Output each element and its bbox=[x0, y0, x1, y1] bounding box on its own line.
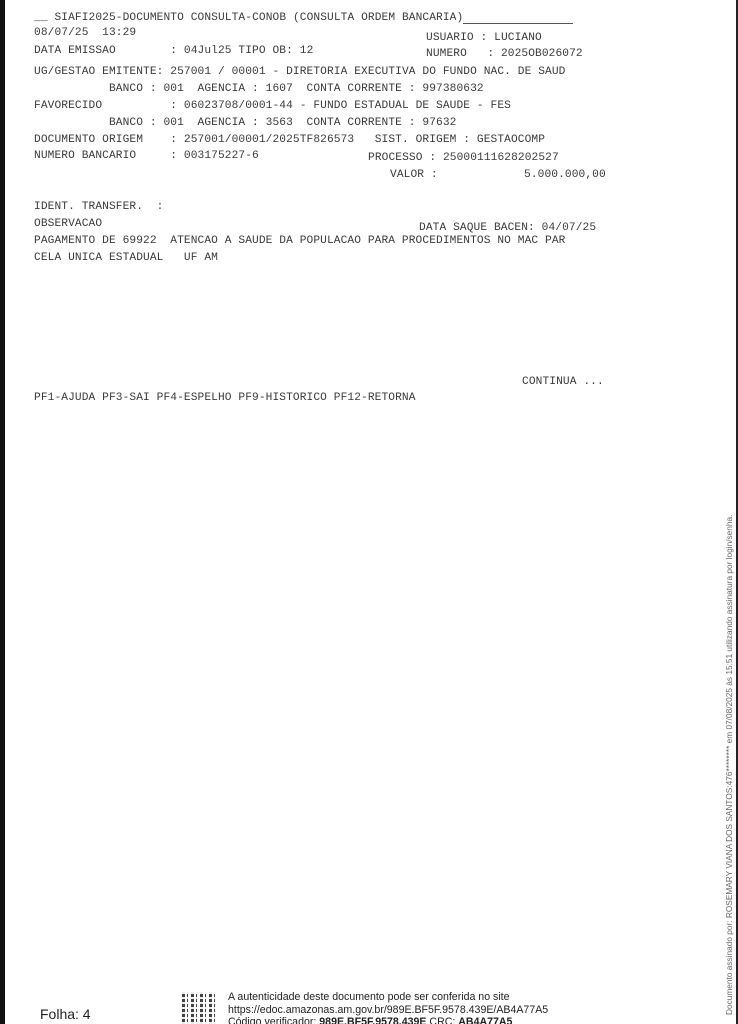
numero: NUMERO : 2025OB026072 bbox=[426, 48, 583, 60]
data-emissao: DATA EMISSAO : 04Jul25 TIPO OB: 12 bbox=[34, 45, 313, 57]
numero-bancario: NUMERO BANCARIO : 003175227-6 bbox=[34, 150, 259, 162]
ug-gestao-emitente: UG/GESTAO EMITENTE: 257001 / 00001 - DIR… bbox=[34, 66, 565, 78]
ident-transfer: IDENT. TRANSFER. : bbox=[34, 201, 163, 213]
banco-emitente: BANCO : 001 AGENCIA : 1607 CONTA CORRENT… bbox=[34, 83, 484, 95]
documento-origem: DOCUMENTO ORIGEM : 257001/00001/2025TF82… bbox=[34, 134, 545, 146]
codigo-verificador: Código verificador: 989E.BF5F.9578.439E … bbox=[228, 1016, 548, 1024]
data-saque-bacen: DATA SAQUE BACEN: 04/07/25 bbox=[419, 222, 596, 234]
usuario: USUARIO : LUCIANO bbox=[426, 32, 542, 44]
date-time: 08/07/25 13:29 bbox=[34, 27, 136, 39]
banco-favorecido: BANCO : 001 AGENCIA : 3563 CONTA CORRENT… bbox=[34, 117, 456, 129]
valor: 5.000.000,00 bbox=[524, 169, 606, 181]
document-page: __ SIAFI2025-DOCUMENTO CONSULTA-CONOB (C… bbox=[5, 0, 736, 1024]
observacao-line-1: PAGAMENTO DE 69922 ATENCAO A SAUDE DA PO… bbox=[34, 235, 565, 247]
processo: PROCESSO : 25000111628202527 bbox=[368, 152, 559, 164]
qr-code-icon bbox=[182, 992, 218, 1024]
function-keys: PF1-AJUDA PF3-SAI PF4-ESPELHO PF9-HISTOR… bbox=[34, 392, 416, 404]
folha-number: Folha: 4 bbox=[40, 1006, 91, 1022]
continua: CONTINUA ... bbox=[522, 376, 604, 388]
digital-signature-note: Documento assinado por: ROSEMARY VIANA D… bbox=[724, 515, 734, 1015]
observacao-label: OBSERVACAO bbox=[34, 218, 102, 230]
document-title: __ SIAFI2025-DOCUMENTO CONSULTA-CONOB (C… bbox=[34, 11, 573, 24]
auth-line: A autenticidade deste documento pode ser… bbox=[228, 991, 548, 1004]
observacao-line-2: CELA UNICA ESTADUAL UF AM bbox=[34, 252, 218, 264]
favorecido: FAVORECIDO : 06023708/0001-44 - FUNDO ES… bbox=[34, 100, 511, 112]
authenticity-notice: A autenticidade deste documento pode ser… bbox=[228, 991, 548, 1024]
valor-label: VALOR : bbox=[390, 169, 438, 181]
auth-url[interactable]: https://edoc.amazonas.am.gov.br/989E.BF5… bbox=[228, 1004, 548, 1017]
